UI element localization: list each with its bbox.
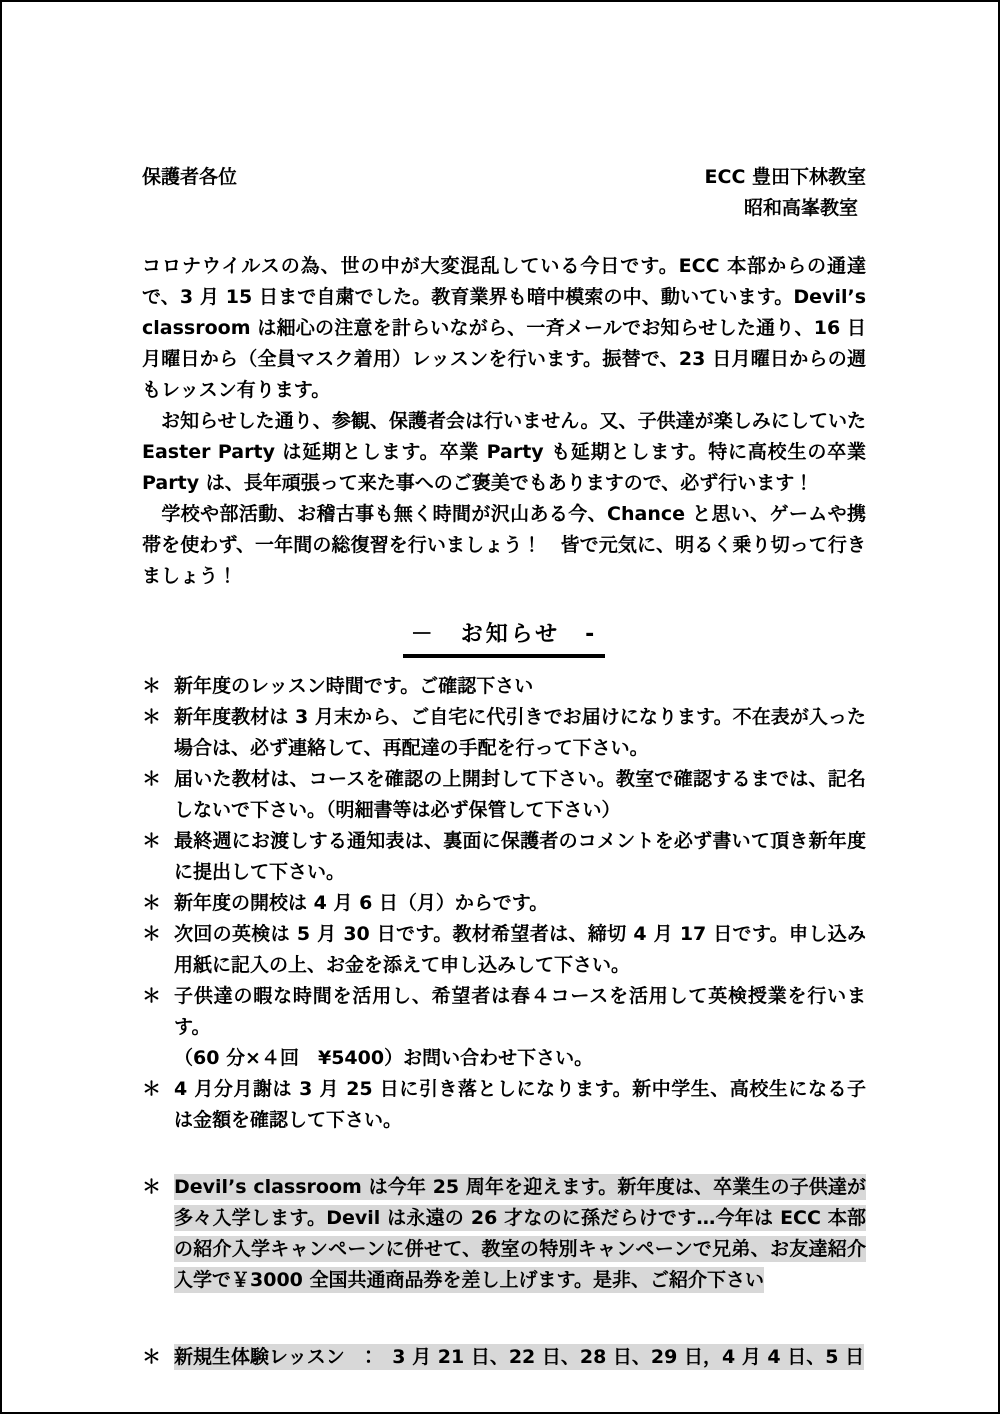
asterisk-bullet: ＊ <box>142 702 174 733</box>
intro-paragraph-1: コロナウイルスの為、世の中が大変混乱している今日です。ECC 本部からの通達で、… <box>142 251 866 406</box>
notice-heading: － お知らせ - <box>403 620 605 658</box>
sender-block: ECC 豊田下林教室 昭和高峯教室 <box>705 162 866 224</box>
notice-text: 新年度のレッスン時間です。ご確認下さい <box>174 671 866 702</box>
notice-item: ＊ 4 月分月謝は 3 月 25 日に引き落としになります。新中学生、高校生にな… <box>142 1074 866 1136</box>
notice-text: 子供達の暇な時間を活用し、希望者は春４コースを活用して英検授業を行います。 （6… <box>174 981 866 1074</box>
notice-text-highlighted: Devil’s classroom は今年 25 周年を迎えます。新年度は、卒業… <box>174 1172 866 1296</box>
notice-text: 届いた教材は、コースを確認の上開封して下さい。教室で確認するまでは、記名しないで… <box>174 764 866 826</box>
asterisk-bullet: ＊ <box>142 888 174 919</box>
asterisk-bullet: ＊ <box>142 1172 174 1203</box>
asterisk-bullet: ＊ <box>142 919 174 950</box>
document-page: 保護者各位 ECC 豊田下林教室 昭和高峯教室 コロナウイルスの為、世の中が大変… <box>0 0 1000 1414</box>
notice-item: ＊ 次回の英検は 5 月 30 日です。教材希望者は、締切 4 月 17 日です… <box>142 919 866 981</box>
notice-item: ＊ 最終週にお渡しする通知表は、裏面に保護者のコメントを必ず書いて頂き新年度に提… <box>142 826 866 888</box>
asterisk-bullet: ＊ <box>142 826 174 857</box>
classroom-name-secondary: 昭和高峯教室 <box>705 193 866 224</box>
asterisk-bullet: ＊ <box>142 671 174 702</box>
asterisk-bullet: ＊ <box>142 981 174 1012</box>
notice-text: 新年度の開校は 4 月 6 日（月）からです。 <box>174 888 866 919</box>
asterisk-bullet: ＊ <box>142 764 174 795</box>
notice-text-highlighted: 新規生体験レッスン ： 3 月 21 日、22 日、28 日、29 日，4 月 … <box>174 1342 866 1373</box>
intro-paragraph-3: 学校や部活動、お稽古事も無く時間が沢山ある今、Chance と思い、ゲームや携帯… <box>142 499 866 592</box>
notice-item: ＊ 子供達の暇な時間を活用し、希望者は春４コースを活用して英検授業を行います。 … <box>142 981 866 1074</box>
asterisk-bullet: ＊ <box>142 1342 174 1373</box>
notice-item: ＊ 届いた教材は、コースを確認の上開封して下さい。教室で確認するまでは、記名しな… <box>142 764 866 826</box>
doc-header: 保護者各位 ECC 豊田下林教室 昭和高峯教室 <box>142 162 866 224</box>
notice-item: ＊ 新年度のレッスン時間です。ご確認下さい <box>142 671 866 702</box>
notice-text: 新年度教材は 3 月末から、ご自宅に代引きでお届けになります。不在表が入った場合… <box>174 702 866 764</box>
intro-paragraph-2: お知らせした通り、参観、保護者会は行いません。又、子供達が楽しみにしていた Ea… <box>142 406 866 499</box>
notice-item: ＊ 新年度教材は 3 月末から、ご自宅に代引きでお届けになります。不在表が入った… <box>142 702 866 764</box>
notice-text: 次回の英検は 5 月 30 日です。教材希望者は、締切 4 月 17 日です。申… <box>174 919 866 981</box>
notice-item-trial-lesson-highlighted: ＊ 新規生体験レッスン ： 3 月 21 日、22 日、28 日、29 日，4 … <box>142 1342 866 1373</box>
notice-heading-row: － お知らせ - <box>142 620 866 658</box>
notice-item: ＊ 新年度の開校は 4 月 6 日（月）からです。 <box>142 888 866 919</box>
notice-text: 最終週にお渡しする通知表は、裏面に保護者のコメントを必ず書いて頂き新年度に提出し… <box>174 826 866 888</box>
intro-section: コロナウイルスの為、世の中が大変混乱している今日です。ECC 本部からの通達で、… <box>142 251 866 592</box>
notice-text: 4 月分月謝は 3 月 25 日に引き落としになります。新中学生、高校生になる子… <box>174 1074 866 1136</box>
classroom-name-primary: ECC 豊田下林教室 <box>705 162 866 193</box>
asterisk-bullet: ＊ <box>142 1074 174 1105</box>
recipient: 保護者各位 <box>142 162 237 193</box>
notice-item-anniversary-highlighted: ＊ Devil’s classroom は今年 25 周年を迎えます。新年度は、… <box>142 1172 866 1296</box>
notice-list: ＊ 新年度のレッスン時間です。ご確認下さい ＊ 新年度教材は 3 月末から、ご自… <box>142 671 866 1373</box>
